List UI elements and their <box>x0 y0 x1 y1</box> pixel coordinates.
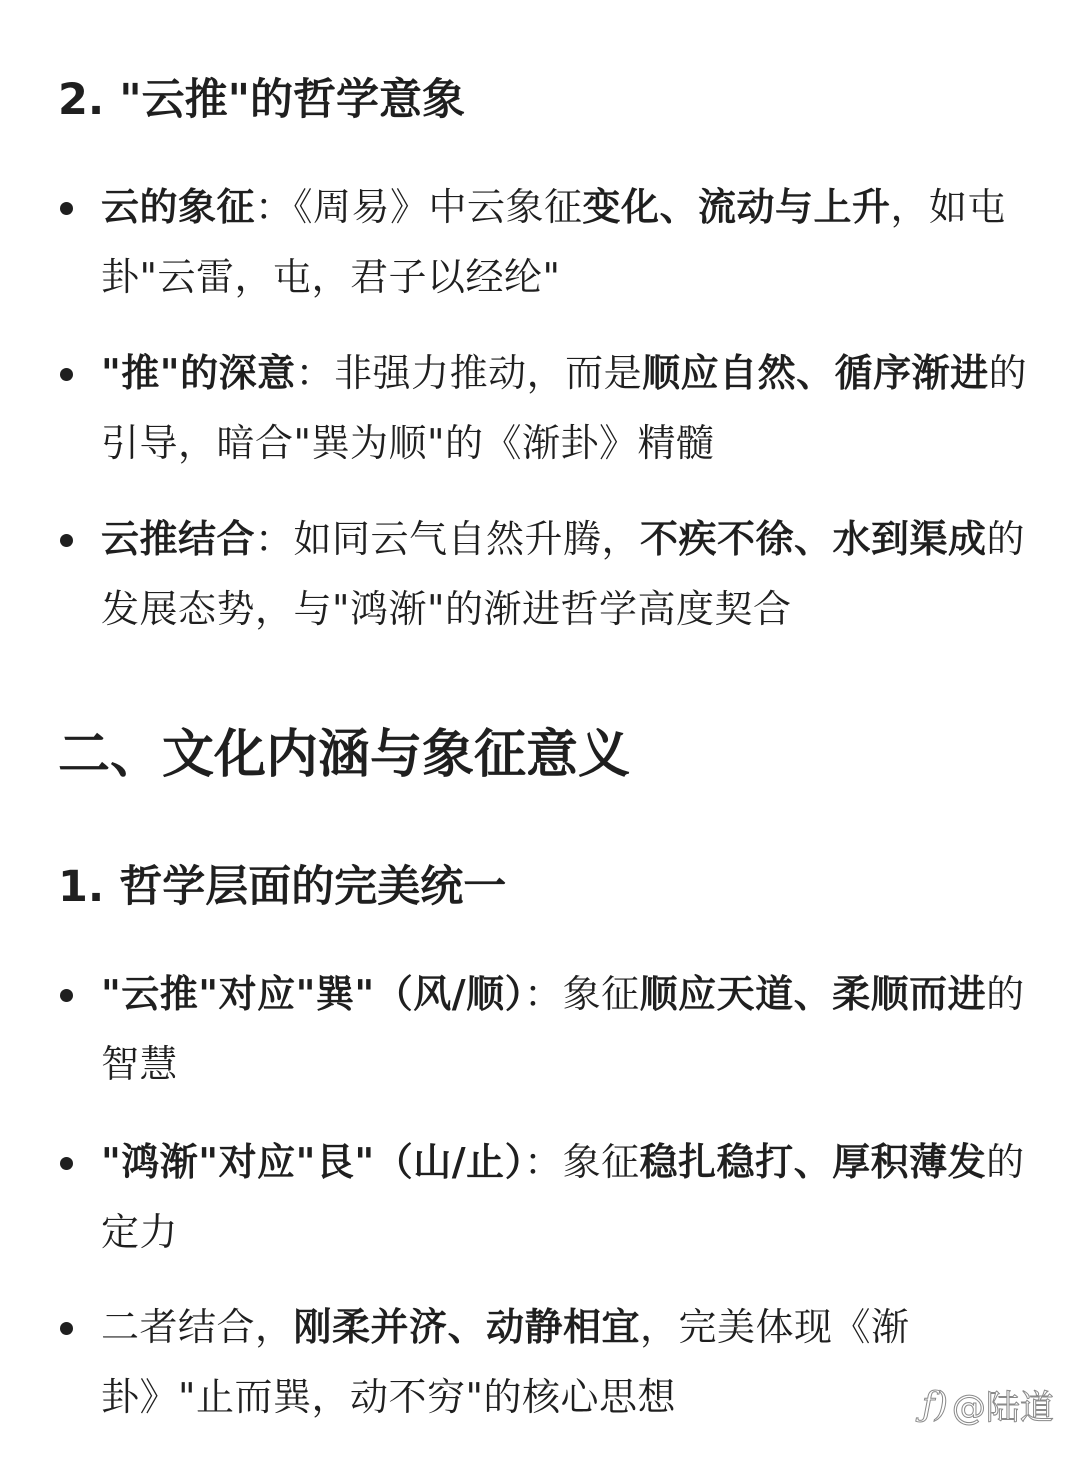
list-item-text: 云推结合：如同云气自然升腾，不疾不徐、水到渠成的发展态势，与"鸿渐"的渐进哲学高… <box>101 504 1028 644</box>
watermark: ƒ) @陆道 <box>922 1380 1054 1429</box>
bullet-icon <box>60 1157 73 1170</box>
bullet-icon <box>60 202 73 215</box>
list-item: 二者结合，刚柔并济、动静相宜，完美体现《渐卦》"止而巽，动不穷"的核心思想 <box>58 1292 1028 1432</box>
bullet-icon <box>60 368 73 381</box>
chapter-heading-cultural-meaning: 二、文化内涵与象征意义 <box>58 720 630 790</box>
list-item: "鸿渐"对应"艮"（山/止）：象征稳扎稳打、厚积薄发的定力 <box>58 1127 1028 1267</box>
list-item-text: "推"的深意：非强力推动，而是顺应自然、循序渐进的引导，暗合"巽为顺"的《渐卦》… <box>101 338 1028 478</box>
bullet-icon <box>60 1322 73 1335</box>
list-item-text: 二者结合，刚柔并济、动静相宜，完美体现《渐卦》"止而巽，动不穷"的核心思想 <box>101 1292 1028 1432</box>
list-item: "云推"对应"巽"（风/顺）：象征顺应天道、柔顺而进的智慧 <box>58 959 1028 1099</box>
section-heading-yuntui-philosophy: 2. "云推"的哲学意象 <box>58 70 465 130</box>
platform-logo-icon: ƒ) <box>922 1385 948 1425</box>
list-item: 云的象征：《周易》中云象征变化、流动与上升，如屯卦"云雷，屯，君子以经纶" <box>58 172 1028 312</box>
list-item: "推"的深意：非强力推动，而是顺应自然、循序渐进的引导，暗合"巽为顺"的《渐卦》… <box>58 338 1028 478</box>
document-page: 2. "云推"的哲学意象 云的象征：《周易》中云象征变化、流动与上升，如屯卦"云… <box>0 0 1080 1462</box>
watermark-handle: @陆道 <box>952 1380 1054 1429</box>
list-item-text: "云推"对应"巽"（风/顺）：象征顺应天道、柔顺而进的智慧 <box>101 959 1028 1099</box>
section-heading-philosophy-unity: 1. 哲学层面的完美统一 <box>58 857 506 917</box>
list-item-text: 云的象征：《周易》中云象征变化、流动与上升，如屯卦"云雷，屯，君子以经纶" <box>101 172 1028 312</box>
list-item: 云推结合：如同云气自然升腾，不疾不徐、水到渠成的发展态势，与"鸿渐"的渐进哲学高… <box>58 504 1028 644</box>
bullet-icon <box>60 534 73 547</box>
bullet-icon <box>60 989 73 1002</box>
list-item-text: "鸿渐"对应"艮"（山/止）：象征稳扎稳打、厚积薄发的定力 <box>101 1127 1028 1267</box>
